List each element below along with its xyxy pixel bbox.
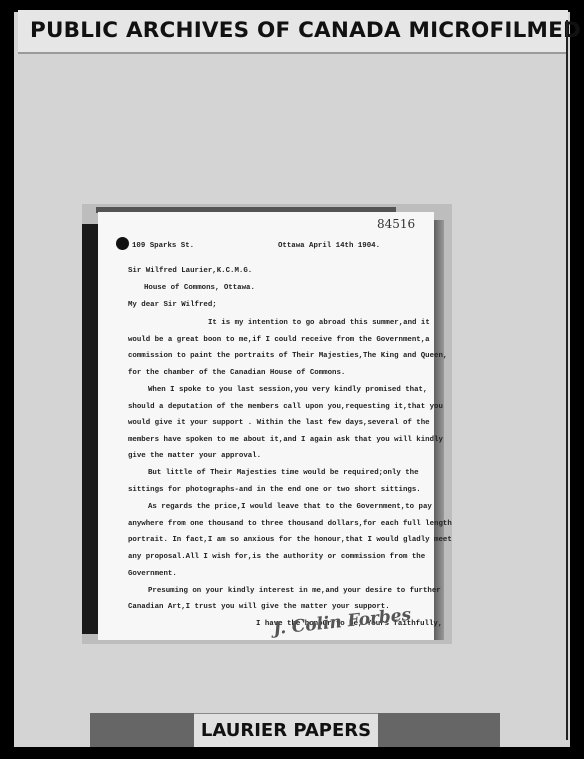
archive-header: PUBLIC ARCHIVES OF CANADA MICROFILMED 19…: [18, 10, 568, 54]
letter-date: Ottawa April 14th 1904.: [278, 242, 380, 250]
body-line: Government.: [128, 570, 177, 578]
letter-page: 84516 109 Sparks St. Ottawa April 14th 1…: [98, 212, 434, 640]
punch-hole-icon: [116, 237, 129, 250]
body-line: Presuming on your kindly interest in me,…: [148, 587, 441, 595]
body-line: for the chamber of the Canadian House of…: [128, 369, 345, 377]
body-line: commission to paint the portraits of The…: [128, 352, 447, 360]
body-line: sittings for photographs-and in the end …: [128, 486, 421, 494]
recipient-name: Sir Wilfred Laurier,K.C.M.G.: [128, 267, 252, 275]
body-line: Canadian Art,I trust you will give the m…: [128, 603, 390, 611]
collection-label: LAURIER PAPERS: [194, 720, 378, 741]
recipient-address: House of Commons, Ottawa.: [144, 284, 255, 292]
body-line: would give it your support . Within the …: [128, 419, 430, 427]
archive-title: PUBLIC ARCHIVES OF CANADA MICROFILMED 19…: [30, 18, 584, 43]
body-line: portrait. In fact,I am so anxious for th…: [128, 536, 452, 544]
document-number: 84516: [377, 217, 415, 231]
footer-label-strip: LAURIER PAPERS: [194, 713, 378, 748]
body-line: As regards the price,I would leave that …: [148, 503, 432, 511]
document-shadow-left: [82, 224, 98, 634]
body-line: give the matter your approval.: [128, 452, 261, 460]
body-line: But little of Their Majesties time would…: [148, 469, 419, 477]
body-line: When I spoke to you last session,you ver…: [148, 386, 427, 394]
frame-edge-line: [566, 20, 568, 740]
body-line: should a deputation of the members call …: [128, 403, 443, 411]
film-border-bottom: [0, 747, 584, 759]
sender-address: 109 Sparks St.: [132, 242, 194, 250]
body-line: any proposal.All I wish for,is the autho…: [128, 553, 425, 561]
letter-content: 84516 109 Sparks St. Ottawa April 14th 1…: [98, 212, 434, 640]
body-line: It is my intention to go abroad this sum…: [208, 319, 430, 327]
body-line: members have spoken to me about it,and I…: [128, 436, 443, 444]
body-line: would be a great boon to me,if I could r…: [128, 336, 430, 344]
body-line: anywhere from one thousand to three thou…: [128, 520, 452, 528]
salutation: My dear Sir Wilfred;: [128, 301, 217, 309]
